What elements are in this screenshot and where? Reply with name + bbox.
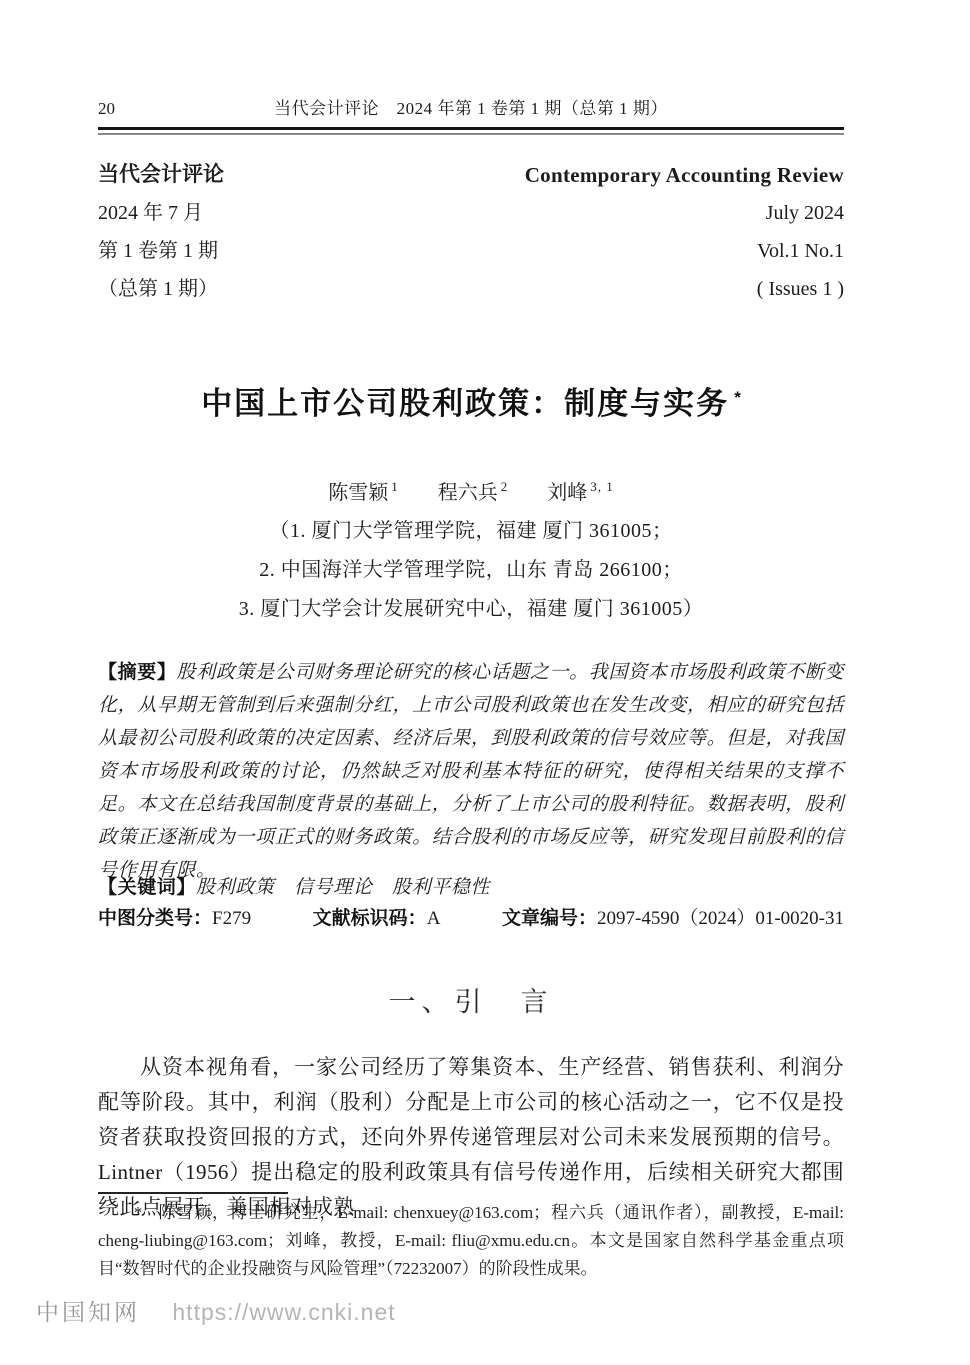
running-header-title: 当代会计评论 2024 年第 1 卷第 1 期（总第 1 期） — [168, 94, 774, 119]
author-2-name: 程六兵 — [438, 482, 498, 504]
article-id-label: 文章编号： — [502, 908, 597, 929]
journal-volume-en: Vol.1 No.1 — [525, 232, 844, 270]
doc-code-label: 文献标识码： — [313, 908, 427, 929]
header-rule-thick — [98, 127, 844, 130]
cnki-watermark: 中国知网 https://www.cnki.net — [36, 1294, 396, 1327]
article-id-value: 2097-4590（2024）01-0020-31 — [597, 908, 844, 929]
journal-issue-cn: （总第 1 期） — [98, 270, 224, 308]
journal-date-cn: 2024 年 7 月 — [98, 194, 224, 232]
section-heading-introduction: 一、引 言 — [98, 980, 844, 1019]
abstract-block: 【摘要】股利政策是公司财务理论研究的核心话题之一。我国资本市场股利政策不断变化，… — [98, 656, 844, 887]
author-1-affil-sup: 1 — [391, 479, 399, 494]
author-1: 陈雪颖1 — [328, 482, 399, 504]
author-2-affil-sup: 2 — [501, 479, 509, 494]
doc-code-value: A — [427, 908, 441, 929]
masthead-english: Contemporary Accounting Review July 2024… — [525, 156, 844, 308]
author-3: 刘峰3, 1 — [547, 482, 614, 504]
author-1-name: 陈雪颖 — [328, 482, 388, 504]
affiliation-2: 2. 中国海洋大学管理学院，山东 青岛 266100； — [98, 551, 844, 590]
doc-code-group: 文献标识码：A — [313, 903, 441, 930]
header-rule-thin — [98, 133, 844, 135]
journal-name-cn: 当代会计评论 — [98, 156, 224, 194]
footnote-block: *陈雪颖，博士研究生，E-mail: chenxuey@163.com；程六兵（… — [98, 1199, 844, 1283]
clc-label: 中图分类号： — [98, 908, 212, 929]
affiliation-3: 3. 厦门大学会计发展研究中心，福建 厦门 361005） — [98, 590, 844, 629]
clc-group: 中图分类号：F279 — [98, 903, 251, 930]
masthead-chinese: 当代会计评论 2024 年 7 月 第 1 卷第 1 期 （总第 1 期） — [98, 156, 224, 308]
author-2: 程六兵2 — [438, 482, 509, 504]
journal-issue-en: ( Issues 1 ) — [525, 270, 844, 308]
cnki-brand-text: 中国知网 — [36, 1299, 140, 1325]
cnki-url-text: https://www.cnki.net — [172, 1299, 395, 1325]
article-id-group: 文章编号：2097-4590（2024）01-0020-31 — [502, 903, 844, 930]
classification-line: 中图分类号：F279 文献标识码：A 文章编号：2097-4590（2024）0… — [98, 903, 844, 930]
keywords-text: 股利政策 信号理论 股利平稳性 — [196, 877, 490, 898]
keywords-label: 【关键词】 — [98, 877, 196, 898]
paper-title: 中国上市公司股利政策：制度与实务* — [98, 378, 844, 423]
author-line: 陈雪颖1 程六兵2 刘峰3, 1 — [98, 476, 844, 505]
running-header: 20 当代会计评论 2024 年第 1 卷第 1 期（总第 1 期） — [98, 94, 844, 119]
author-3-affil-sup: 3, 1 — [590, 479, 614, 494]
journal-masthead: 当代会计评论 2024 年 7 月 第 1 卷第 1 期 （总第 1 期） Co… — [98, 156, 844, 308]
abstract-text: 股利政策是公司财务理论研究的核心话题之一。我国资本市场股利政策不断变化，从早期无… — [98, 662, 844, 881]
paper-title-text: 中国上市公司股利政策：制度与实务 — [201, 386, 729, 421]
journal-name-en: Contemporary Accounting Review — [525, 156, 844, 194]
footnote-marker: * — [134, 1203, 143, 1222]
affiliation-1: （1. 厦门大学管理学院，福建 厦门 361005； — [98, 512, 844, 551]
affiliation-block: （1. 厦门大学管理学院，福建 厦门 361005； 2. 中国海洋大学管理学院… — [98, 512, 844, 629]
page-number: 20 — [98, 99, 168, 119]
abstract-label: 【摘要】 — [98, 662, 177, 683]
title-footnote-marker: * — [734, 388, 741, 407]
journal-volume-cn: 第 1 卷第 1 期 — [98, 232, 224, 270]
footnote-separator-rule — [98, 1192, 288, 1194]
journal-date-en: July 2024 — [525, 194, 844, 232]
footnote-text: 陈雪颖，博士研究生，E-mail: chenxuey@163.com；程六兵（通… — [98, 1203, 844, 1278]
keywords-line: 【关键词】股利政策 信号理论 股利平稳性 — [98, 872, 844, 899]
clc-value: F279 — [212, 908, 251, 929]
author-3-name: 刘峰 — [547, 482, 587, 504]
